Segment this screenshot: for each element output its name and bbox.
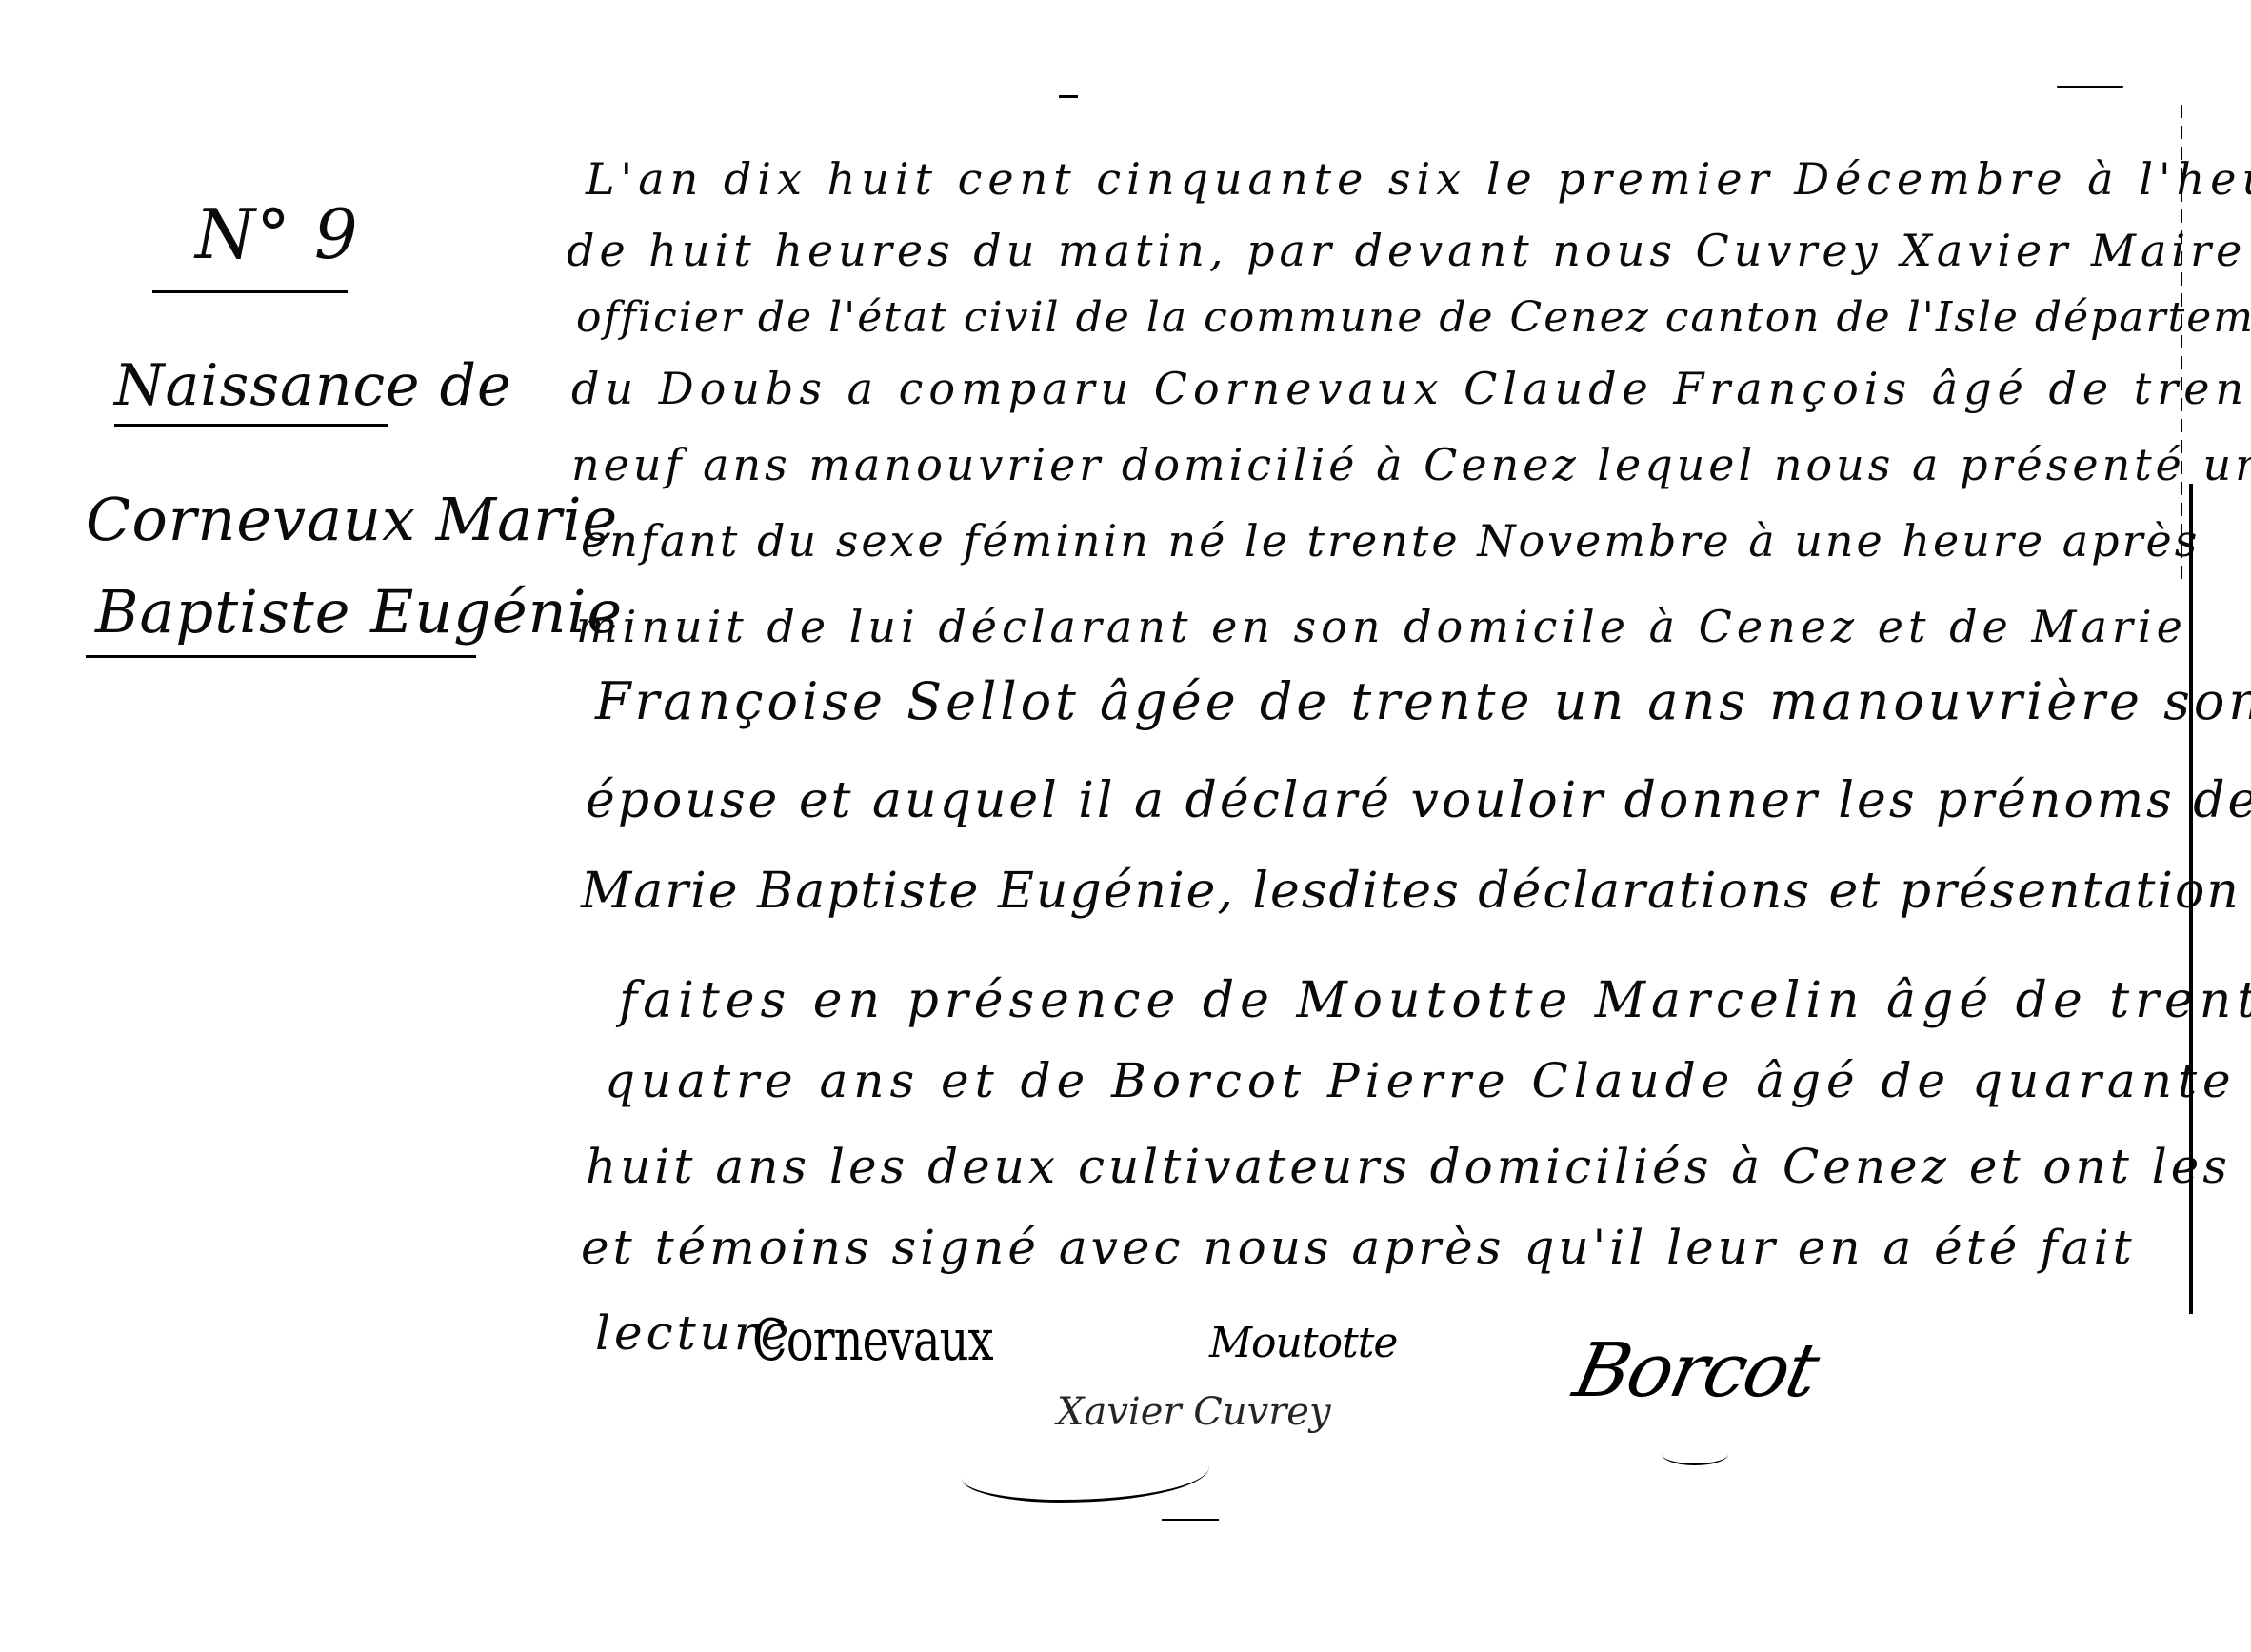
- signature-witness-2: Borcot: [1566, 1328, 1824, 1414]
- body-line-3: officier de l'état civil de la commune d…: [576, 297, 2251, 339]
- body-line-11: faites en présence de Moutotte Marcelin …: [619, 976, 2251, 1025]
- body-line-13: huit ans les deux cultivateurs domicilié…: [586, 1143, 2251, 1190]
- record-number-underline: [152, 290, 348, 293]
- body-line-12: quatre ans et de Borcot Pierre Claude âg…: [605, 1057, 2237, 1105]
- signature-mayor-underline: [1162, 1519, 1219, 1521]
- record-number: N° 9: [195, 200, 359, 269]
- signature-witness-2-flourish: [1662, 1443, 1728, 1465]
- margin-name-line2: Baptiste Eugénie: [95, 583, 623, 642]
- right-margin-rule-bottom: [2189, 484, 2193, 1314]
- scanned-page: N° 9 Naissance de Cornevaux Marie Baptis…: [0, 0, 2251, 1652]
- body-line-9: épouse et auquel il a déclaré vouloir do…: [586, 776, 2251, 826]
- body-line-5: neuf ans manouvrier domicilié à Cenez le…: [571, 443, 2251, 487]
- signature-father: Cornevaux: [752, 1307, 993, 1374]
- margin-name-underline: [86, 655, 476, 658]
- body-line-8: Françoise Sellot âgée de trente un ans m…: [595, 676, 2251, 727]
- body-line-7: minuit de lui déclarant en son domicile …: [576, 605, 2187, 648]
- body-line-14: et témoins signé avec nous après qu'il l…: [581, 1224, 2136, 1271]
- top-dash: [1059, 95, 1078, 98]
- body-line-4: du Doubs a comparu Cornevaux Claude Fran…: [571, 367, 2251, 410]
- signature-mayor-flourish: [962, 1443, 1209, 1503]
- top-flourish: [2057, 86, 2123, 88]
- body-line-2: de huit heures du matin, par devant nous…: [567, 229, 2246, 272]
- signature-witness-1: Moutotte: [1209, 1319, 1397, 1367]
- signature-mayor: Xavier Cuvrey: [1057, 1390, 1331, 1434]
- body-line-1: L'an dix huit cent cinquante six le prem…: [586, 157, 2251, 201]
- right-margin-rule-top: [2181, 105, 2182, 581]
- margin-name-line1: Cornevaux Marie: [86, 490, 618, 549]
- body-line-10: Marie Baptiste Eugénie, lesdites déclara…: [581, 866, 2241, 916]
- margin-title-underline: [114, 424, 388, 427]
- margin-title: Naissance de: [114, 357, 512, 414]
- body-line-6: enfant du sexe féminin né le trente Nove…: [581, 519, 2200, 563]
